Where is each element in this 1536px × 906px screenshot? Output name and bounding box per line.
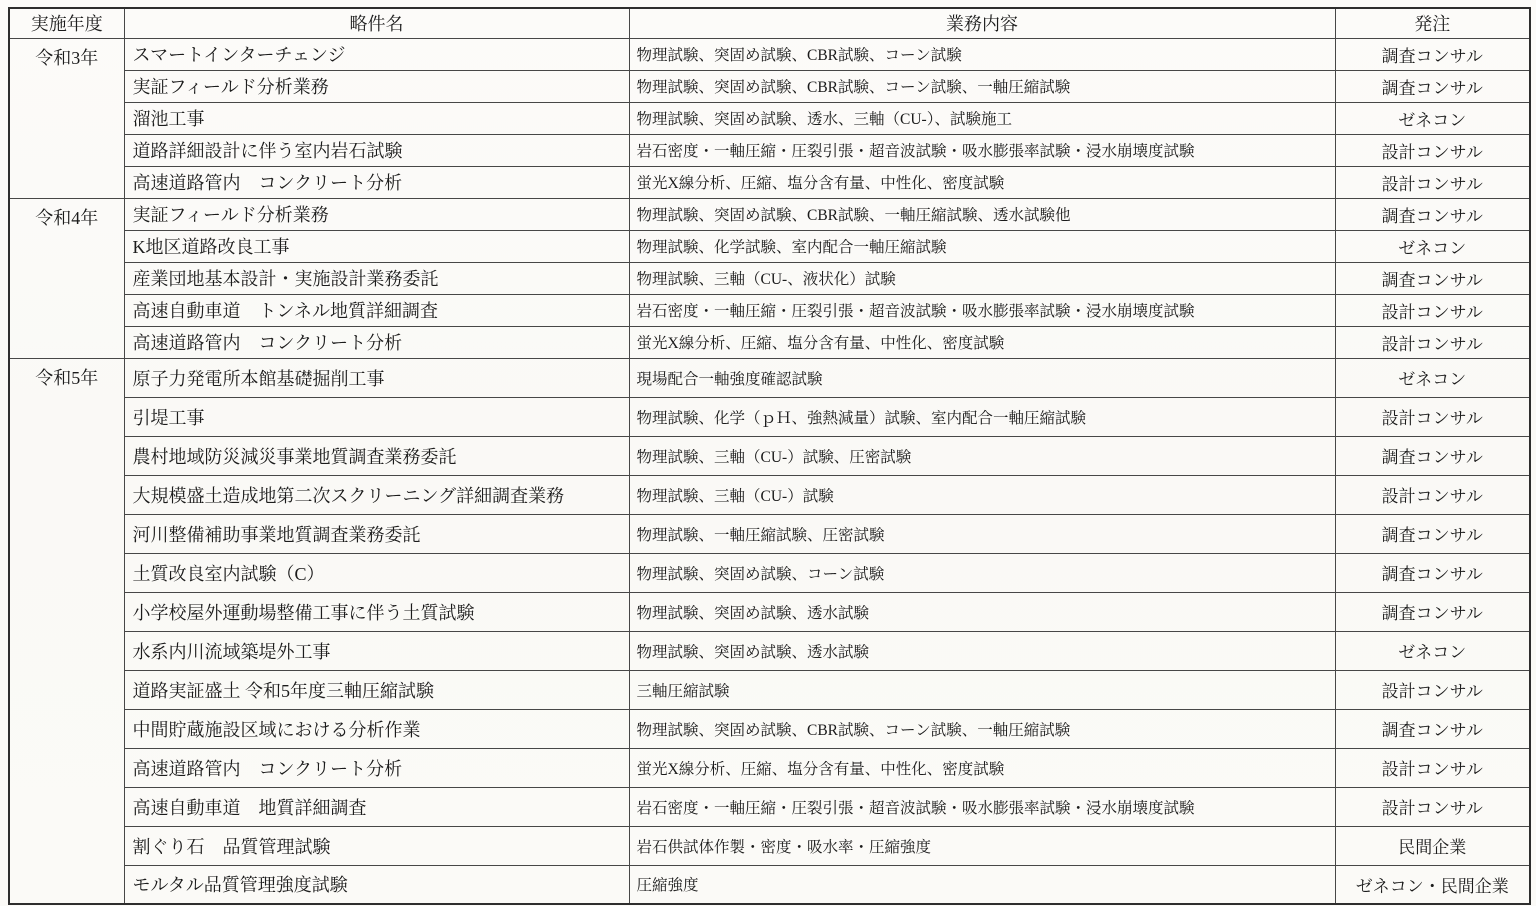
work-cell: 物理試験、突固め試験、CBR試験、コーン試験、一軸圧縮試験 [629,709,1335,748]
client-cell: 設計コンサル [1335,787,1530,826]
project-cell: 溜池工事 [124,102,629,134]
client-cell: 民間企業 [1335,826,1530,865]
table-row: 実証フィールド分析業務物理試験、突固め試験、CBR試験、コーン試験、一軸圧縮試験… [9,70,1530,102]
project-cell: モルタル品質管理強度試験 [124,865,629,904]
table-row: 高速道路管内 コンクリート分析蛍光X線分析、圧縮、塩分含有量、中性化、密度試験設… [9,748,1530,787]
client-cell: 設計コンサル [1335,294,1530,326]
project-cell: 高速道路管内 コンクリート分析 [124,326,629,358]
project-cell: スマートインターチェンジ [124,38,629,70]
table-row: モルタル品質管理強度試験圧縮強度ゼネコン・民間企業 [9,865,1530,904]
table-row: 道路実証盛土 令和5年度三軸圧縮試験三軸圧縮試験設計コンサル [9,670,1530,709]
project-cell: 実証フィールド分析業務 [124,198,629,230]
work-cell: 物理試験、突固め試験、CBR試験、コーン試験 [629,38,1335,70]
work-cell: 物理試験、突固め試験、コーン試験 [629,553,1335,592]
client-cell: 設計コンサル [1335,326,1530,358]
client-cell: 調査コンサル [1335,38,1530,70]
scanned-document-page: 実施年度 略件名 業務内容 発注 令和3年スマートインターチェンジ物理試験、突固… [0,0,1536,906]
project-cell: 大規模盛土造成地第二次スクリーニング詳細調査業務 [124,475,629,514]
table-row: 高速道路管内 コンクリート分析蛍光X線分析、圧縮、塩分含有量、中性化、密度試験設… [9,326,1530,358]
project-cell: 割ぐり石 品質管理試験 [124,826,629,865]
project-cell: 原子力発電所本館基礎掘削工事 [124,358,629,397]
client-cell: 調査コンサル [1335,514,1530,553]
work-cell: 蛍光X線分析、圧縮、塩分含有量、中性化、密度試験 [629,326,1335,358]
work-cell: 岩石密度・一軸圧縮・圧裂引張・超音波試験・吸水膨張率試験・浸水崩壊度試験 [629,787,1335,826]
column-header-client: 発注 [1335,8,1530,38]
column-header-work: 業務内容 [629,8,1335,38]
client-cell: ゼネコン [1335,631,1530,670]
projects-table: 実施年度 略件名 業務内容 発注 令和3年スマートインターチェンジ物理試験、突固… [8,7,1531,905]
client-cell: 設計コンサル [1335,397,1530,436]
table-row: 溜池工事物理試験、突固め試験、透水、三軸（CU-）、試験施工ゼネコン [9,102,1530,134]
work-cell: 現場配合一軸強度確認試験 [629,358,1335,397]
work-cell: 物理試験、三軸（CU-）試験 [629,475,1335,514]
client-cell: 調査コンサル [1335,553,1530,592]
table-row: 高速自動車道 トンネル地質詳細調査岩石密度・一軸圧縮・圧裂引張・超音波試験・吸水… [9,294,1530,326]
work-cell: 物理試験、化学試験、室内配合一軸圧縮試験 [629,230,1335,262]
work-cell: 圧縮強度 [629,865,1335,904]
column-header-project: 略件名 [124,8,629,38]
table-row: 割ぐり石 品質管理試験岩石供試体作製・密度・吸水率・圧縮強度民間企業 [9,826,1530,865]
client-cell: ゼネコン [1335,358,1530,397]
work-cell: 物理試験、突固め試験、透水、三軸（CU-）、試験施工 [629,102,1335,134]
work-cell: 物理試験、突固め試験、CBR試験、一軸圧縮試験、透水試験他 [629,198,1335,230]
work-cell: 岩石密度・一軸圧縮・圧裂引張・超音波試験・吸水膨張率試験・浸水崩壊度試験 [629,294,1335,326]
table-row: 高速道路管内 コンクリート分析蛍光X線分析、圧縮、塩分含有量、中性化、密度試験設… [9,166,1530,198]
project-cell: 実証フィールド分析業務 [124,70,629,102]
client-cell: ゼネコン [1335,102,1530,134]
project-cell: 農村地域防災減災事業地質調査業務委託 [124,436,629,475]
client-cell: 調査コンサル [1335,198,1530,230]
table-row: 水系内川流域築堤外工事物理試験、突固め試験、透水試験ゼネコン [9,631,1530,670]
table-row: 農村地域防災減災事業地質調査業務委託物理試験、三軸（CU-）試験、圧密試験調査コ… [9,436,1530,475]
work-cell: 物理試験、化学（ｐＨ、強熱減量）試験、室内配合一軸圧縮試験 [629,397,1335,436]
table-row: K地区道路改良工事物理試験、化学試験、室内配合一軸圧縮試験ゼネコン [9,230,1530,262]
column-header-year: 実施年度 [9,8,124,38]
project-cell: 高速道路管内 コンクリート分析 [124,748,629,787]
project-cell: 引堤工事 [124,397,629,436]
project-cell: 道路実証盛土 令和5年度三軸圧縮試験 [124,670,629,709]
work-cell: 物理試験、一軸圧縮試験、圧密試験 [629,514,1335,553]
work-cell: 物理試験、突固め試験、CBR試験、コーン試験、一軸圧縮試験 [629,70,1335,102]
table-row: 高速自動車道 地質詳細調査岩石密度・一軸圧縮・圧裂引張・超音波試験・吸水膨張率試… [9,787,1530,826]
table-row: 令和4年実証フィールド分析業務物理試験、突固め試験、CBR試験、一軸圧縮試験、透… [9,198,1530,230]
table-row: 中間貯蔵施設区域における分析作業物理試験、突固め試験、CBR試験、コーン試験、一… [9,709,1530,748]
project-cell: 高速道路管内 コンクリート分析 [124,166,629,198]
project-cell: 高速自動車道 トンネル地質詳細調査 [124,294,629,326]
client-cell: 調査コンサル [1335,262,1530,294]
table-row: 令和3年スマートインターチェンジ物理試験、突固め試験、CBR試験、コーン試験調査… [9,38,1530,70]
work-cell: 蛍光X線分析、圧縮、塩分含有量、中性化、密度試験 [629,166,1335,198]
table-row: 河川整備補助事業地質調査業務委託物理試験、一軸圧縮試験、圧密試験調査コンサル [9,514,1530,553]
table-row: 大規模盛土造成地第二次スクリーニング詳細調査業務物理試験、三軸（CU-）試験設計… [9,475,1530,514]
client-cell: 設計コンサル [1335,475,1530,514]
client-cell: ゼネコン・民間企業 [1335,865,1530,904]
client-cell: 調査コンサル [1335,592,1530,631]
table-row: 小学校屋外運動場整備工事に伴う土質試験物理試験、突固め試験、透水試験調査コンサル [9,592,1530,631]
client-cell: 設計コンサル [1335,748,1530,787]
client-cell: 調査コンサル [1335,436,1530,475]
project-cell: K地区道路改良工事 [124,230,629,262]
work-cell: 蛍光X線分析、圧縮、塩分含有量、中性化、密度試験 [629,748,1335,787]
work-cell: 岩石供試体作製・密度・吸水率・圧縮強度 [629,826,1335,865]
project-cell: 道路詳細設計に伴う室内岩石試験 [124,134,629,166]
header-row: 実施年度 略件名 業務内容 発注 [9,8,1530,38]
work-cell: 岩石密度・一軸圧縮・圧裂引張・超音波試験・吸水膨張率試験・浸水崩壊度試験 [629,134,1335,166]
work-cell: 物理試験、三軸（CU-）試験、圧密試験 [629,436,1335,475]
client-cell: ゼネコン [1335,230,1530,262]
project-cell: 小学校屋外運動場整備工事に伴う土質試験 [124,592,629,631]
project-cell: 水系内川流域築堤外工事 [124,631,629,670]
work-cell: 三軸圧縮試験 [629,670,1335,709]
year-cell: 令和3年 [9,38,124,198]
project-cell: 高速自動車道 地質詳細調査 [124,787,629,826]
client-cell: 設計コンサル [1335,134,1530,166]
project-cell: 土質改良室内試験（C） [124,553,629,592]
project-cell: 産業団地基本設計・実施設計業務委託 [124,262,629,294]
project-cell: 中間貯蔵施設区域における分析作業 [124,709,629,748]
table-row: 道路詳細設計に伴う室内岩石試験岩石密度・一軸圧縮・圧裂引張・超音波試験・吸水膨張… [9,134,1530,166]
client-cell: 調査コンサル [1335,709,1530,748]
table-row: 土質改良室内試験（C）物理試験、突固め試験、コーン試験調査コンサル [9,553,1530,592]
table-row: 産業団地基本設計・実施設計業務委託物理試験、三軸（CU-、液状化）試験調査コンサ… [9,262,1530,294]
project-cell: 河川整備補助事業地質調査業務委託 [124,514,629,553]
client-cell: 設計コンサル [1335,166,1530,198]
table-row: 令和5年原子力発電所本館基礎掘削工事現場配合一軸強度確認試験ゼネコン [9,358,1530,397]
table-row: 引堤工事物理試験、化学（ｐＨ、強熱減量）試験、室内配合一軸圧縮試験設計コンサル [9,397,1530,436]
year-cell: 令和4年 [9,198,124,358]
client-cell: 調査コンサル [1335,70,1530,102]
work-cell: 物理試験、突固め試験、透水試験 [629,631,1335,670]
client-cell: 設計コンサル [1335,670,1530,709]
work-cell: 物理試験、突固め試験、透水試験 [629,592,1335,631]
work-cell: 物理試験、三軸（CU-、液状化）試験 [629,262,1335,294]
year-cell: 令和5年 [9,358,124,904]
table-body: 令和3年スマートインターチェンジ物理試験、突固め試験、CBR試験、コーン試験調査… [9,38,1530,904]
